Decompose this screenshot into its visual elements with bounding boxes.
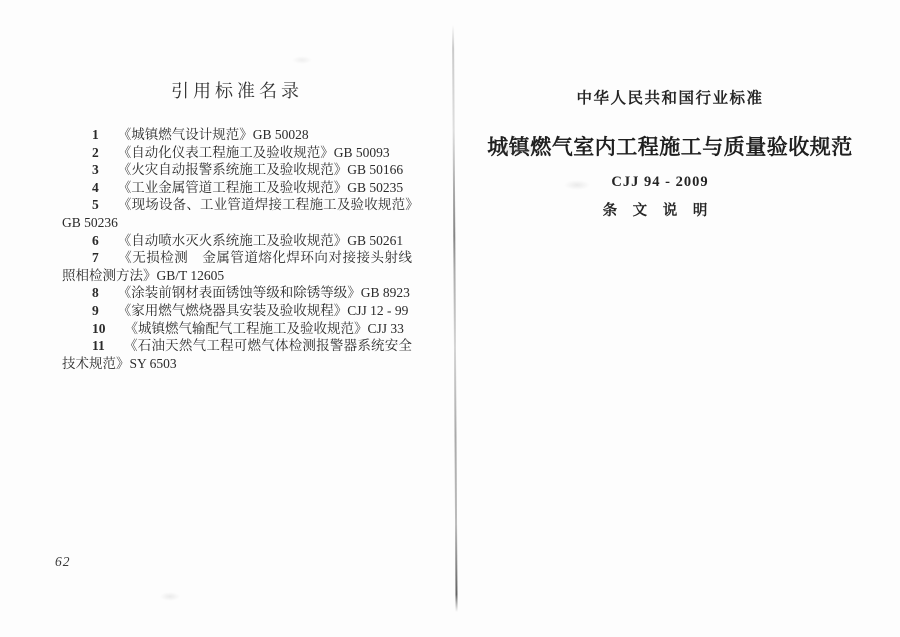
left-page-title: 引用标准名录 [62,80,412,102]
standard-list-item: 11《石油天然气工程可燃气体检测报警器系统安全技术规范》SY 6503 [62,337,412,372]
standard-list-item: 7《无损检测 金属管道熔化焊环向对接接头射线照相检测方法》GB/T 12605 [62,249,412,284]
standard-list-item: 3《火灾自动报警系统施工及验收规范》GB 50166 [62,161,412,179]
standard-item-text: 《自动喷水灭火系统施工及验收规范》GB 50261 [118,233,403,248]
standard-item-number: 8 [92,285,99,300]
standard-list-item: 6《自动喷水灭火系统施工及验收规范》GB 50261 [62,232,412,250]
standard-item-text: 《无损检测 金属管道熔化焊环向对接接头射线照相检测方法》GB/T 12605 [62,250,412,283]
referenced-standards-list: 1《城镇燃气设计规范》GB 50028 2《自动化仪表工程施工及验收规范》GB … [62,126,412,372]
standard-item-number: 5 [92,197,99,212]
standard-item-text: 《城镇燃气设计规范》GB 50028 [118,127,309,142]
standard-list-item: 9《家用燃气燃烧器具安装及验收规程》CJJ 12 - 99 [62,302,412,320]
page-number: 62 [55,554,71,570]
standard-item-number: 1 [92,127,99,142]
standard-item-number: 4 [92,180,99,195]
standard-code: CJJ 94 - 2009 [452,174,868,191]
standard-item-number: 2 [92,145,99,160]
right-page: 中华人民共和国行业标准 城镇燃气室内工程施工与质量验收规范 CJJ 94 - 2… [462,0,878,637]
subtitle-explanation: 条 文 说 明 [450,203,866,220]
standard-item-text: 《涂装前钢材表面锈蚀等级和除锈等级》GB 8923 [118,285,410,300]
standard-item-text: 《城镇燃气输配气工程施工及验收规范》CJJ 33 [125,321,404,336]
standard-title: 城镇燃气室内工程施工与质量验收规范 [462,135,878,160]
standard-item-number: 7 [92,250,99,265]
standard-item-number: 3 [92,162,99,177]
standard-list-item: 8《涂装前钢材表面锈蚀等级和除锈等级》GB 8923 [62,284,412,302]
standard-item-text: 《现场设备、工业管道焊接工程施工及验收规范》GB 50236 [62,197,412,230]
standard-item-text: 《自动化仪表工程施工及验收规范》GB 50093 [118,145,390,160]
standard-authority-line: 中华人民共和国行业标准 [462,90,878,108]
standard-list-item: 10《城镇燃气输配气工程施工及验收规范》CJJ 33 [62,320,412,338]
standard-item-text: 《石油天然气工程可燃气体检测报警器系统安全技术规范》SY 6503 [62,338,412,371]
standard-item-text: 《工业金属管道工程施工及验收规范》GB 50235 [118,180,403,195]
standard-list-item: 1《城镇燃气设计规范》GB 50028 [62,126,412,144]
page-gutter-line [452,25,457,612]
standard-item-number: 10 [92,321,106,336]
standard-list-item: 2《自动化仪表工程施工及验收规范》GB 50093 [62,144,412,162]
standard-list-item: 4《工业金属管道工程施工及验收规范》GB 50235 [62,179,412,197]
standard-item-number: 9 [92,303,99,318]
scan-smudge [292,56,312,64]
scanned-book-spread: 引用标准名录 1《城镇燃气设计规范》GB 50028 2《自动化仪表工程施工及验… [0,0,900,637]
standard-list-item: 5《现场设备、工业管道焊接工程施工及验收规范》GB 50236 [62,196,412,231]
standard-item-number: 6 [92,233,99,248]
standard-item-text: 《火灾自动报警系统施工及验收规范》GB 50166 [118,162,403,177]
scan-smudge [160,592,180,601]
left-page: 引用标准名录 1《城镇燃气设计规范》GB 50028 2《自动化仪表工程施工及验… [62,80,412,372]
standard-item-text: 《家用燃气燃烧器具安装及验收规程》CJJ 12 - 99 [118,303,409,318]
standard-item-number: 11 [92,338,105,353]
